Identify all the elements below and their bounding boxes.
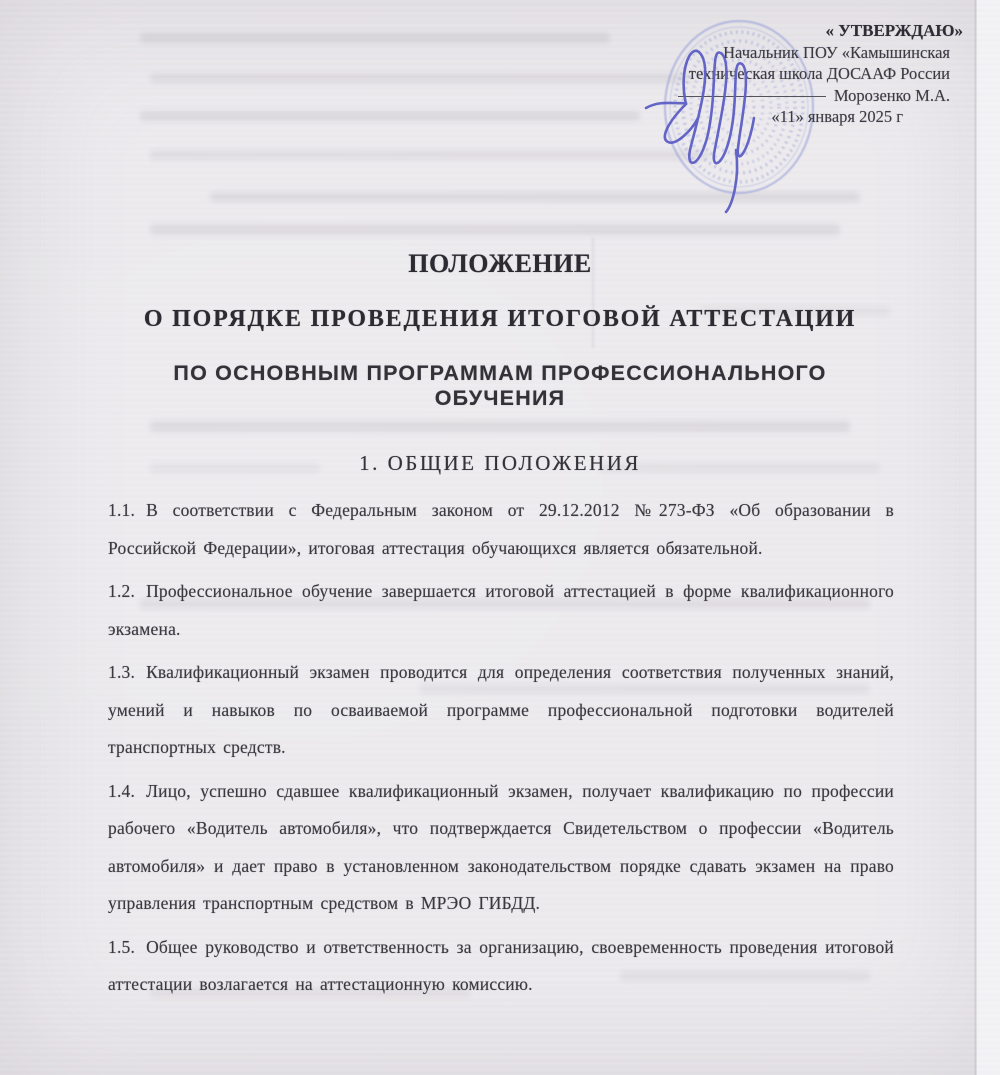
section-heading: 1. ОБЩИЕ ПОЛОЖЕНИЯ (105, 451, 895, 476)
paragraph-text: В соответствии с Федеральным законом от … (108, 500, 894, 558)
bleed-through-line (150, 421, 850, 432)
paragraph-1-2: 1.2.Профессиональное обучение завершаетс… (108, 573, 894, 648)
paragraph-number: 1.3. (108, 662, 135, 682)
paragraph-text: Профессиональное обучение завершается ит… (108, 581, 894, 639)
paragraph-text: Квалификационный экзамен проводится для … (108, 662, 894, 757)
bleed-through-line (150, 224, 840, 235)
approval-signer-name: Морозенко М.А. (834, 86, 950, 105)
paragraph-text: Общее руководство и ответственность за о… (108, 937, 894, 995)
bleed-through-line (150, 150, 710, 160)
document-title-line3: ПО ОСНОВНЫМ ПРОГРАММАМ ПРОФЕССИОНАЛЬНОГО… (105, 361, 895, 411)
bleed-through-line (140, 33, 610, 43)
paragraph-number: 1.4. (108, 781, 135, 801)
bleed-through-line (140, 111, 640, 121)
paragraph-1-4: 1.4.Лицо, успешно сдавшее квалификационн… (108, 773, 894, 923)
document-title-line2: О ПОРЯДКЕ ПРОВЕДЕНИЯ ИТОГОВОЙ АТТЕСТАЦИИ (105, 306, 895, 333)
document-title-line1: ПОЛОЖЕНИЕ (105, 249, 895, 279)
paragraph-number: 1.5. (108, 937, 135, 957)
scanned-document-page: « УТВЕРЖДАЮ» Начальник ПОУ «Камышинская … (0, 0, 1000, 1075)
document-body: 1.1.В соответствии с Федеральным законом… (108, 492, 894, 1010)
scan-edge (977, 0, 1000, 1075)
paragraph-number: 1.1. (108, 500, 135, 520)
paragraph-1-3: 1.3.Квалификационный экзамен проводится … (108, 654, 894, 767)
paragraph-1-1: 1.1.В соответствии с Федеральным законом… (108, 492, 894, 567)
paragraph-1-5: 1.5.Общее руководство и ответственность … (108, 929, 894, 1004)
paragraph-text: Лицо, успешно сдавшее квалификационный э… (108, 781, 894, 914)
paragraph-number: 1.2. (108, 581, 135, 601)
signature-image (638, 28, 810, 219)
